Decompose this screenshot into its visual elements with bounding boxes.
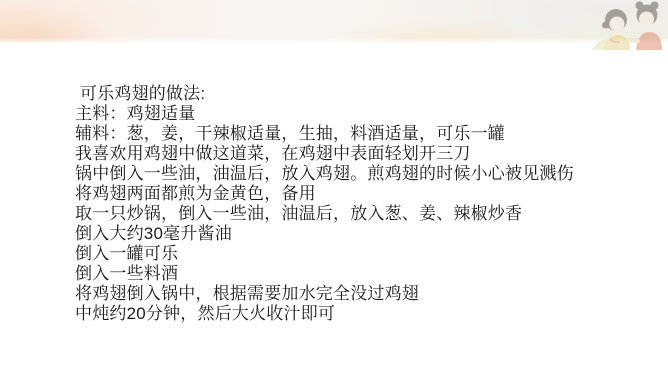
text-line: 辅料：葱，姜，干辣椒适量，生抽，料酒适量，可乐一罐: [75, 124, 635, 144]
text-line: 主料：鸡翅适量: [75, 104, 635, 124]
two-children-icon: [592, 0, 668, 50]
slide-title-line: 可乐鸡翅的做法:: [75, 84, 635, 104]
recipe-text-block: 可乐鸡翅的做法: 主料：鸡翅适量 辅料：葱，姜，干辣椒适量，生抽，料酒适量，可乐…: [75, 84, 635, 324]
slide: 可乐鸡翅的做法: 主料：鸡翅适量 辅料：葱，姜，干辣椒适量，生抽，料酒适量，可乐…: [0, 0, 668, 376]
text-line: 我喜欢用鸡翅中做这道菜，在鸡翅中表面轻划开三刀: [75, 144, 635, 164]
text-line: 取一只炒锅，倒入一些油，油温后，放入葱、姜、辣椒炒香: [75, 204, 635, 224]
decorative-top-band: [0, 0, 668, 43]
text-line: 倒入大约30毫升酱油: [75, 224, 635, 244]
text-line: 锅中倒入一些油，油温后，放入鸡翅。煎鸡翅的时候小心被见溅伤: [75, 164, 635, 184]
text-line: 将鸡翅两面都煎为金黄色，备用: [75, 184, 635, 204]
text-line: 倒入一罐可乐: [75, 244, 635, 264]
text-line: 将鸡翅倒入锅中，根据需要加水完全没过鸡翅: [75, 284, 635, 304]
text-line: 中炖约20分钟，然后大火收汁即可: [75, 304, 635, 324]
text-line: 倒入一些料酒: [75, 264, 635, 284]
